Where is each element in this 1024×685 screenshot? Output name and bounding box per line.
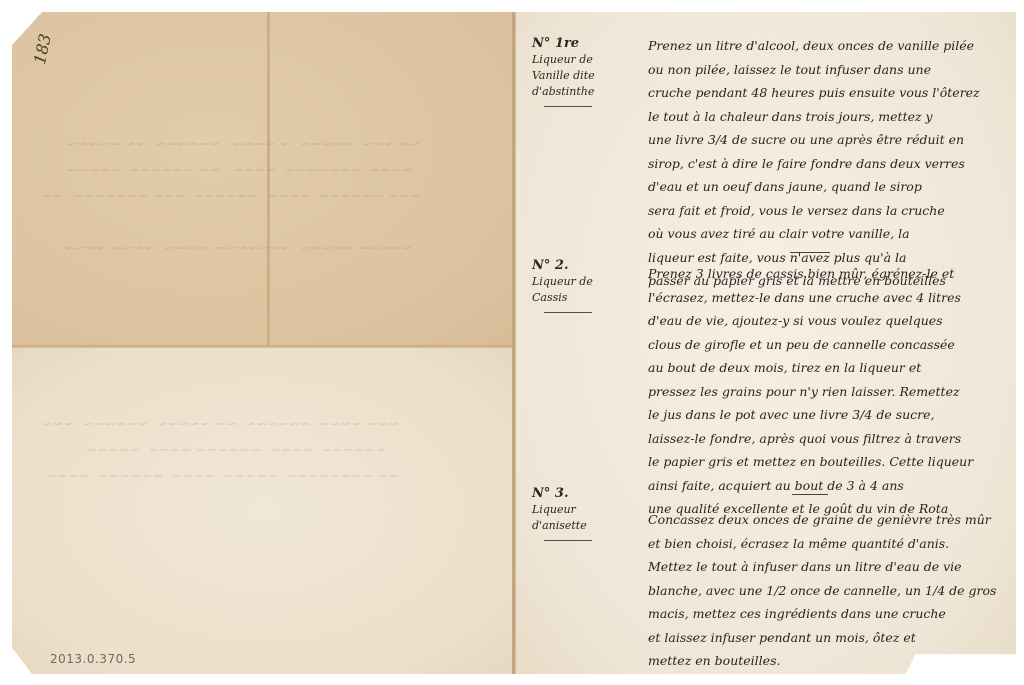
- text-line: cruche pendant 48 heures puis ensuite vo…: [648, 81, 998, 105]
- recipe-1-title-line: Vanille dite: [532, 69, 595, 82]
- margin-underline: [544, 106, 592, 107]
- recipe-2-title-line: Liqueur de: [532, 275, 593, 288]
- recipe-1-title-line: Liqueur de: [532, 53, 593, 66]
- text-line: l'écrasez, mettez-le dans une cruche ave…: [648, 286, 998, 310]
- margin-underline: [544, 540, 592, 541]
- text-line: le tout à la chaleur dans trois jours, m…: [648, 105, 998, 129]
- text-line: et laissez infuser pendant un mois, ôtez…: [648, 626, 998, 650]
- recipe-2-title-line: Cassis: [532, 291, 567, 304]
- text-line: blanche, avec une 1/2 once de cannelle, …: [648, 579, 998, 603]
- text-line: sera fait et froid, vous le versez dans …: [648, 199, 998, 223]
- left-page-verso: ~~ ~~~ ~~~~~ ~ ~~~~ ~~~~~~ ~~ ~~~~~ ~~~~…: [12, 12, 512, 674]
- text-line: macis, mettez ces ingrédients dans une c…: [648, 602, 998, 626]
- recipe-3-margin-heading: N° 3. Liqueur d'anisette: [532, 486, 622, 541]
- recipe-3-title-line: Liqueur: [532, 503, 576, 516]
- recipe-1-margin-heading: N° 1re Liqueur de Vanille dite d'abstint…: [532, 36, 622, 107]
- text-line: Concassez deux onces de graine de genièv…: [648, 508, 998, 532]
- text-line: d'eau de vie, ajoutez-y si vous voulez q…: [648, 309, 998, 333]
- text-line: laissez-le fondre, après quoi vous filtr…: [648, 427, 998, 451]
- text-line: d'eau et un oeuf dans jaune, quand le si…: [648, 175, 998, 199]
- text-line: ou non pilée, laissez le tout infuser da…: [648, 58, 998, 82]
- section-separator: [790, 252, 830, 253]
- text-line: pressez les grains pour n'y rien laisser…: [648, 380, 998, 404]
- recipe-1-number: N° 1re: [532, 36, 579, 51]
- recipe-2-number: N° 2.: [532, 258, 568, 273]
- recipe-3-body: Concassez deux onces de graine de genièv…: [648, 508, 998, 673]
- text-line: mettez en bouteilles.: [648, 649, 998, 673]
- section-separator: [792, 494, 828, 495]
- ink-bleed-through-lower: ~~~ ~~~~ ~~~~~~ ~~ ~~~~~ ~~~~~~ ~~~ ~~~~…: [42, 412, 399, 490]
- margin-underline: [544, 312, 592, 313]
- recipe-3-number: N° 3.: [532, 486, 568, 501]
- text-line: clous de girofle et un peu de cannelle c…: [648, 333, 998, 357]
- text-line: et bien choisi, écrasez la même quantité…: [648, 532, 998, 556]
- left-page-lower-panel: [12, 347, 512, 674]
- text-line: Prenez un litre d'alcool, deux onces de …: [648, 34, 998, 58]
- ink-bleed-through: ~~ ~~~ ~~~~~ ~ ~~~~ ~~~~~~ ~~ ~~~~~ ~~~~…: [42, 132, 421, 262]
- recipe-3-title-line: d'anisette: [532, 519, 587, 532]
- text-line: le jus dans le pot avec une livre 3/4 de…: [648, 403, 998, 427]
- recipe-2-body: Prenez 3 livres de cassis bien mûr, égré…: [648, 262, 998, 521]
- text-line: au bout de deux mois, tirez en la liqueu…: [648, 356, 998, 380]
- text-line: sirop, c'est à dire le faire fondre dans…: [648, 152, 998, 176]
- text-line: le papier gris et mettez en bouteilles. …: [648, 450, 998, 474]
- text-line: une livre 3/4 de sucre ou une après être…: [648, 128, 998, 152]
- recipe-1-body: Prenez un litre d'alcool, deux onces de …: [648, 34, 998, 293]
- text-line: Prenez 3 livres de cassis bien mûr, égré…: [648, 262, 998, 286]
- recipe-2-margin-heading: N° 2. Liqueur de Cassis: [532, 258, 622, 313]
- recipe-1-title-line: d'abstinthe: [532, 85, 594, 98]
- text-line: Mettez le tout à infuser dans un litre d…: [648, 555, 998, 579]
- horizontal-fold-crease: [12, 345, 512, 348]
- accession-number: 2013.0.370.5: [50, 652, 136, 666]
- text-line: où vous avez tiré au clair votre vanille…: [648, 222, 998, 246]
